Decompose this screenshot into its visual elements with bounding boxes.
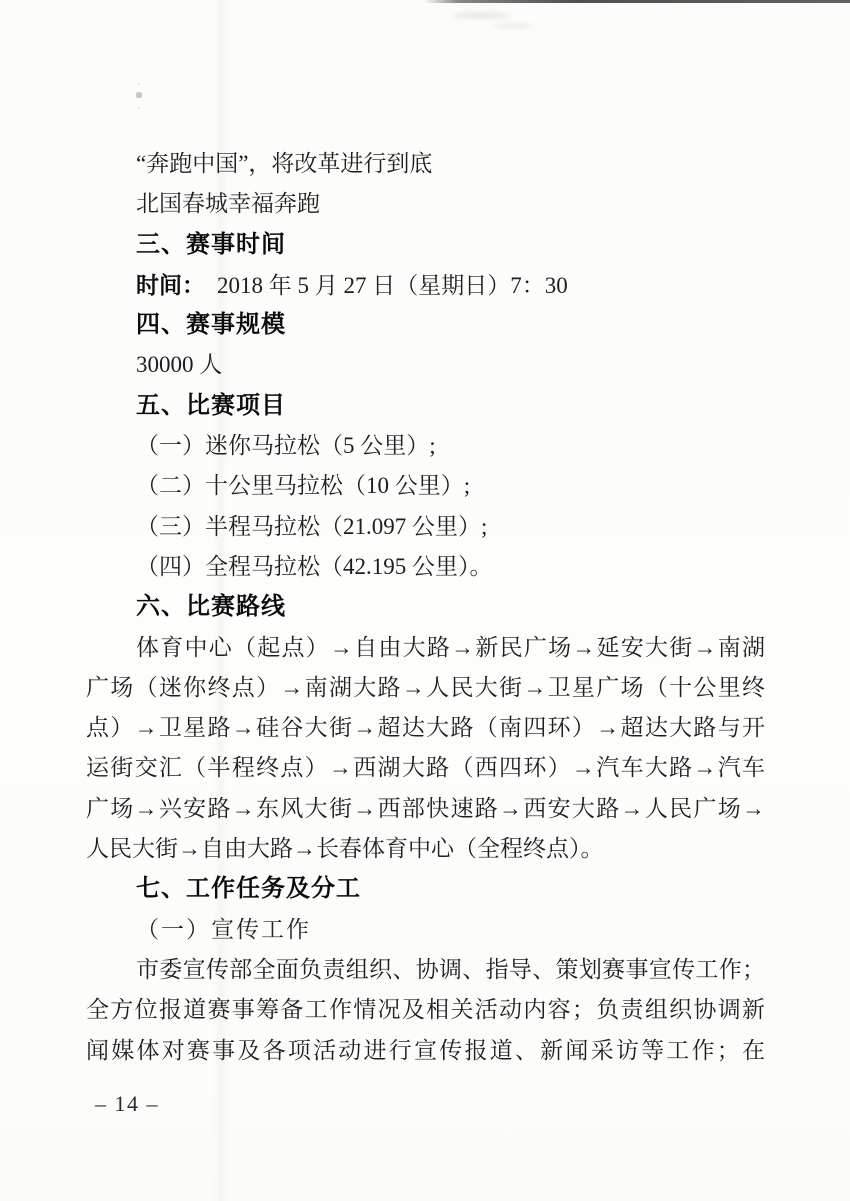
- scan-artifact-smudge: [492, 23, 534, 29]
- scan-artifact-speck: [136, 92, 142, 98]
- section-heading-event-time: 三、赛事时间: [86, 225, 765, 265]
- slogan-line-2: 北国春城幸福奔跑: [86, 184, 765, 224]
- race-item-10k: （二）十公里马拉松（10 公里）;: [86, 466, 765, 506]
- scan-artifact-smudge: [452, 12, 510, 19]
- paragraph-line: 市委宣传部全面负责组织、协调、指导、策划赛事宣传工作；: [86, 950, 765, 990]
- paragraph-line: 闻媒体对赛事及各项活动进行宣传报道、新闻采访等工作；在: [86, 1031, 765, 1071]
- route-line: 体育中心（起点）→自由大路→新民广场→延安大街→南湖: [86, 628, 765, 668]
- section-heading-race-route: 六、比赛路线: [86, 587, 765, 627]
- race-item-mini: （一）迷你马拉松（5 公里）;: [86, 426, 765, 466]
- document-body: “奔跑中国”，将改革进行到底 北国春城幸福奔跑 三、赛事时间 时间：2018 年…: [86, 144, 765, 1071]
- event-time-label: 时间：: [136, 272, 205, 298]
- route-line: 点）→卫星路→硅谷大街→超达大路（南四环）→超达大路与开: [86, 708, 765, 748]
- participant-count: 30000 人: [86, 345, 765, 385]
- race-item-half: （三）半程马拉松（21.097 公里）;: [86, 507, 765, 547]
- route-line-end: 人民大街→自由大路→长春体育中心（全程终点）。: [86, 829, 765, 869]
- scan-artifact-top-edge: [424, 0, 850, 3]
- event-time-value: 2018 年 5 月 27 日（星期日）7：30: [217, 273, 568, 298]
- route-line: 广场（迷你终点）→南湖大路→人民大街→卫星广场（十公里终: [86, 668, 765, 708]
- page-number: – 14 –: [95, 1089, 159, 1119]
- section-heading-event-scale: 四、赛事规模: [86, 305, 765, 345]
- scanned-document-page: “奔跑中国”，将改革进行到底 北国春城幸福奔跑 三、赛事时间 时间：2018 年…: [0, 0, 850, 1201]
- slogan-line-1: “奔跑中国”，将改革进行到底: [86, 144, 765, 184]
- paragraph-line: 全方位报道赛事筹备工作情况及相关活动内容；负责组织协调新: [86, 990, 765, 1030]
- route-line: 广场→兴安路→东风大街→西部快速路→西安大路→人民广场→: [86, 789, 765, 829]
- route-line: 运街交汇（半程终点）→西湖大路（西四环）→汽车大路→汽车: [86, 748, 765, 788]
- section-heading-race-events: 五、比赛项目: [86, 386, 765, 426]
- event-time-line: 时间：2018 年 5 月 27 日（星期日）7：30: [86, 265, 765, 305]
- race-item-full: （四）全程马拉松（42.195 公里）。: [86, 547, 765, 587]
- section-heading-work-tasks: 七、工作任务及分工: [86, 869, 765, 909]
- subsection-publicity-work: （一）宣传工作: [86, 910, 765, 950]
